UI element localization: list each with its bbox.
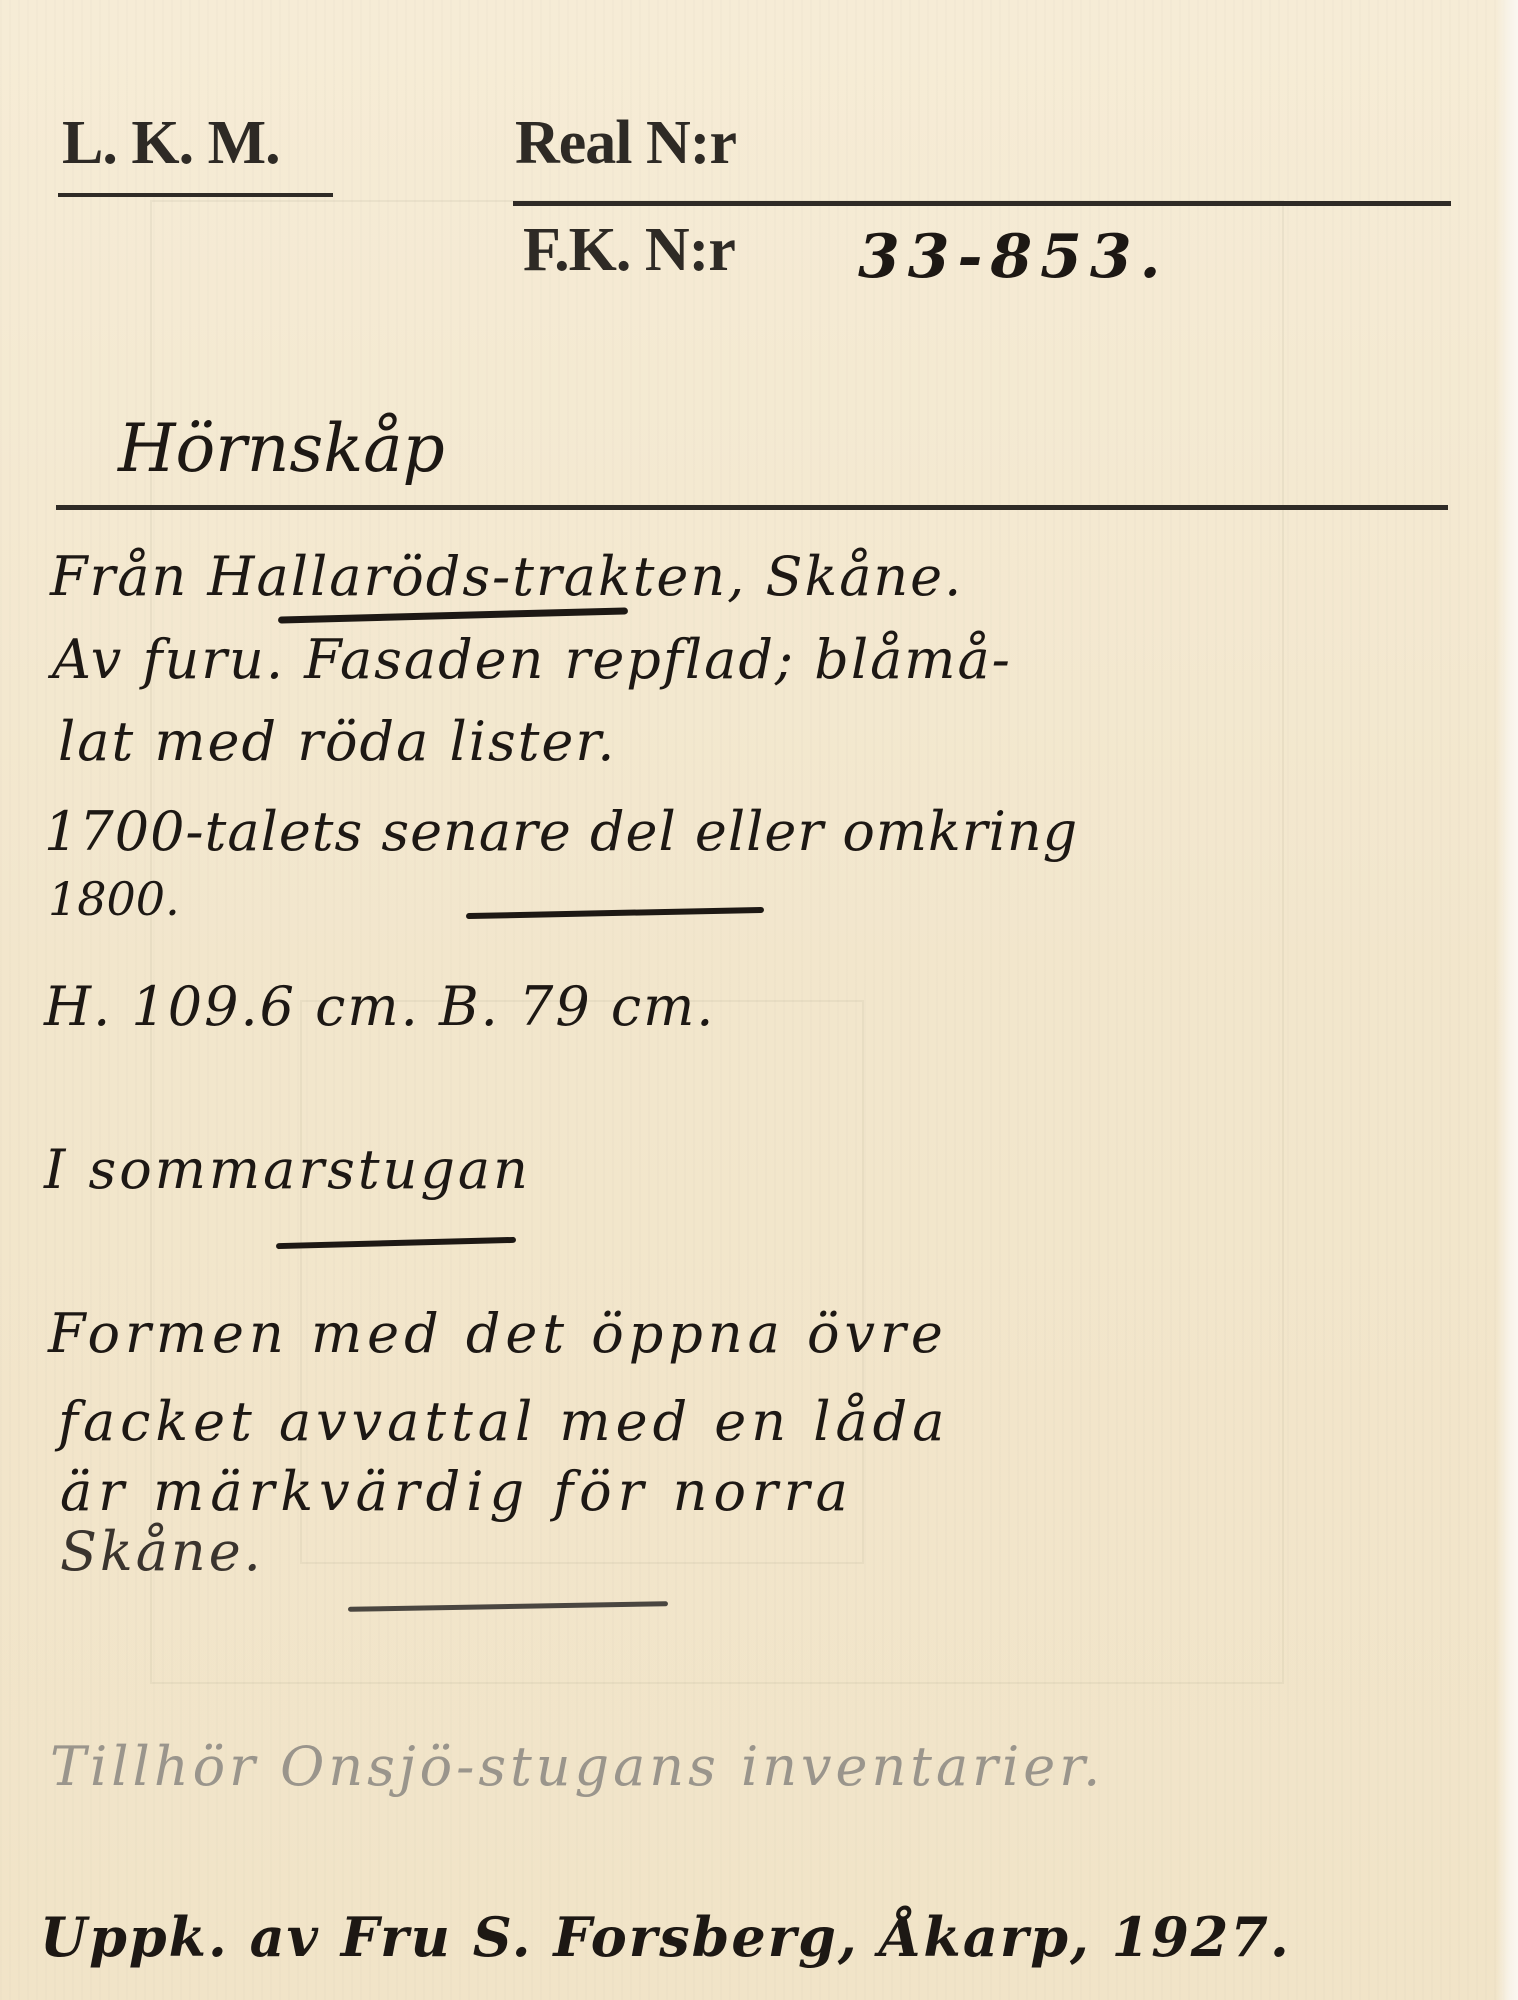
note-line: är märkvärdig för norra	[60, 1460, 854, 1523]
object-title: Hörnskåp	[118, 410, 445, 487]
description-line: Av furu. Fasaden repflad; blåmå-	[52, 628, 1012, 691]
note-line: Skåne.	[60, 1520, 264, 1583]
description-line: lat med röda lister.	[58, 710, 616, 773]
real-nr-label: Real N:r	[515, 108, 736, 179]
title-rule	[56, 505, 1448, 510]
paper-edge	[1496, 0, 1518, 2000]
acquisition-note: Uppk. av Fru S. Forsberg, Åkarp, 1927.	[40, 1905, 1291, 1969]
dimensions: H. 109.6 cm. B. 79 cm.	[44, 975, 715, 1038]
note-line: Formen med det öppna övre	[48, 1302, 948, 1365]
museum-abbrev-underline	[58, 193, 333, 197]
fk-nr-label: F.K. N:r	[523, 215, 735, 286]
real-nr-rule	[513, 201, 1451, 206]
museum-abbrev: L. K. M.	[62, 108, 280, 179]
note-line: facket avvattal med en låda	[58, 1390, 949, 1453]
location: I sommarstugan	[44, 1138, 531, 1201]
pencil-note: Tillhör Onsjö-stugans inventarier.	[50, 1735, 1104, 1798]
catalog-card: L. K. M. Real N:r F.K. N:r 33-853. Hörns…	[0, 0, 1518, 2000]
description-line: Från Hallaröds-trakten, Skåne.	[50, 545, 963, 608]
description-line: 1800.	[48, 872, 180, 926]
fk-nr-value: 33-853.	[858, 222, 1169, 292]
description-line: 1700-talets senare del eller omkring	[44, 800, 1078, 863]
